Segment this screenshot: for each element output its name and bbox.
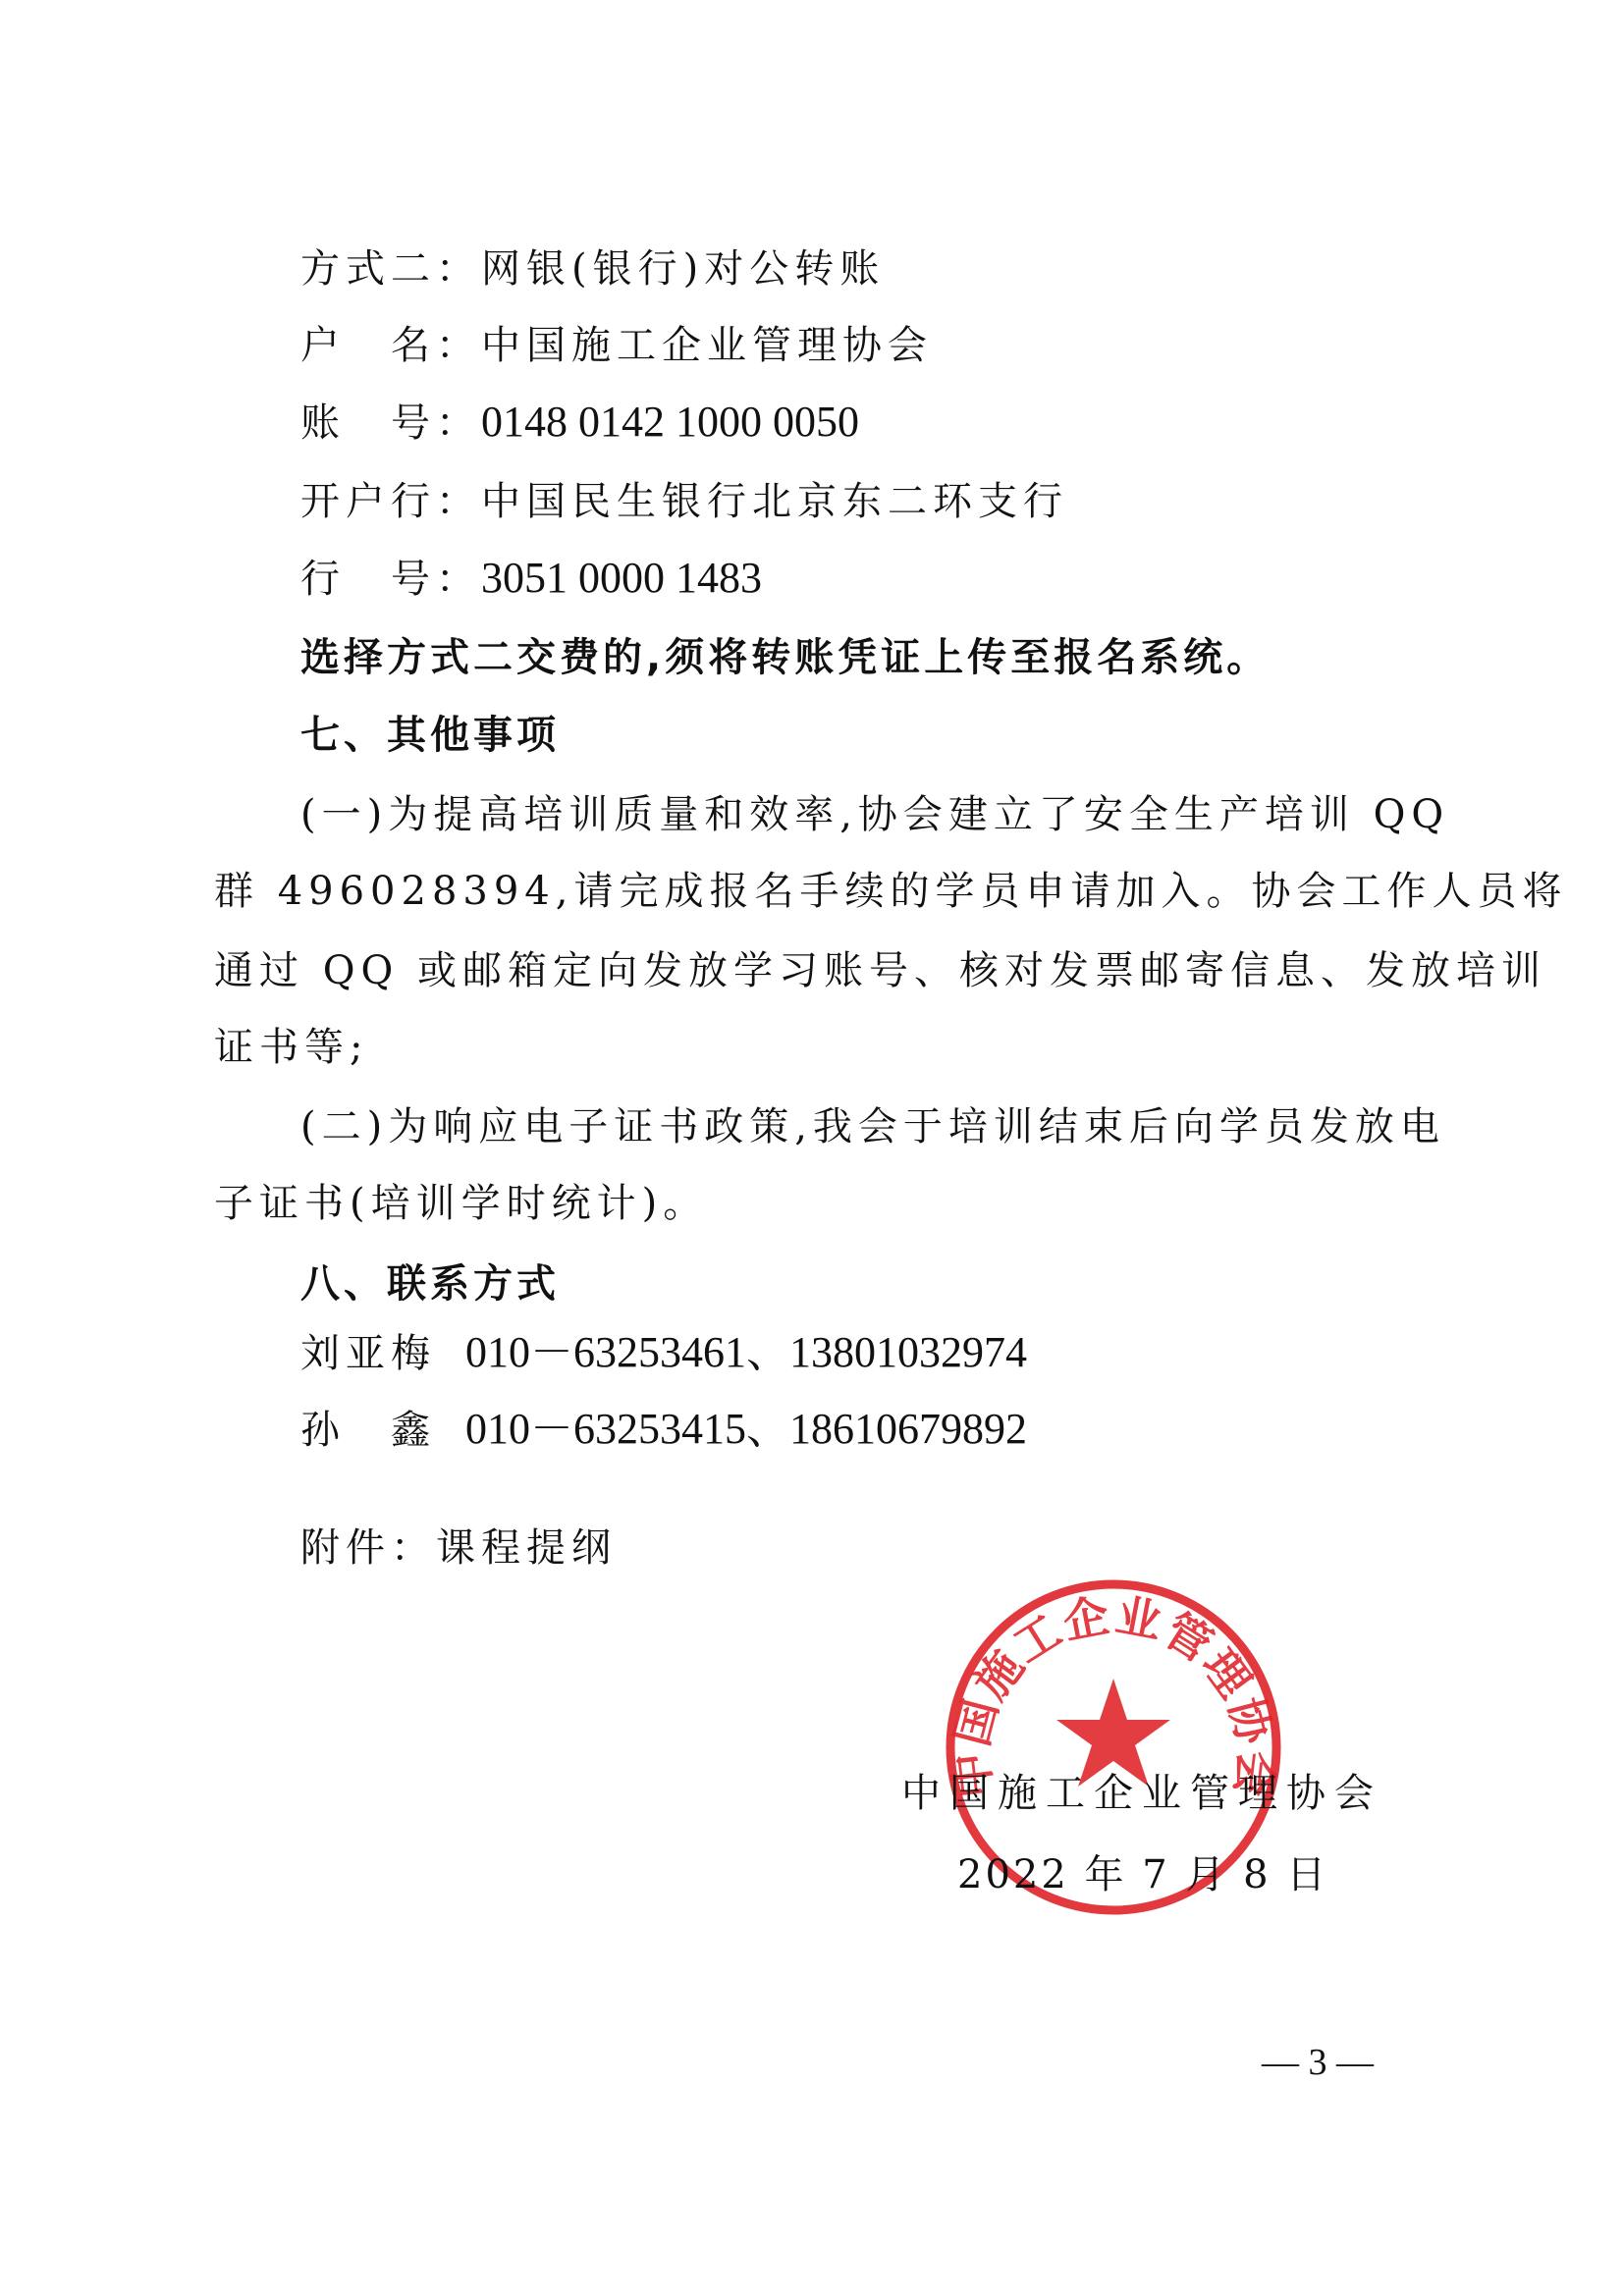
account-number-value: 0148 0142 1000 0050 bbox=[481, 398, 859, 446]
section8-heading: 八、联系方式 bbox=[300, 1258, 560, 1309]
attachment-value[interactable]: 课程提纲 bbox=[436, 1525, 617, 1571]
account-name-line: 户 名：中国施工企业管理协会 bbox=[300, 320, 933, 371]
payment-method-value: 网银(银行)对公转账 bbox=[481, 246, 885, 292]
section7-item1-line1: (一)为提高培训质量和效率,协会建立了安全生产培训 QQ bbox=[300, 789, 1418, 840]
section7-item1-line3: 通过 QQ 或邮箱定向发放学习账号、核对发票邮寄信息、发放培训 bbox=[214, 945, 1418, 996]
attachment-line: 附件：课程提纲 bbox=[300, 1522, 617, 1574]
section7-item2-line2: 子证书(培训学时统计)。 bbox=[214, 1178, 708, 1229]
bank-value: 中国民生银行北京东二环支行 bbox=[481, 479, 1068, 524]
document-page: 方式二：网银(银行)对公转账 户 名：中国施工企业管理协会 账 号：0148 0… bbox=[0, 0, 1623, 2296]
contact-name: 孙 鑫 bbox=[300, 1405, 465, 1456]
payment-method-line: 方式二：网银(银行)对公转账 bbox=[300, 243, 885, 294]
signature-date: 2022 年 7 月 8 日 bbox=[957, 1849, 1328, 1900]
bank-line: 开户行：中国民生银行北京东二环支行 bbox=[300, 476, 1068, 527]
section7-item1-line2: 群 496028394,请完成报名手续的学员申请加入。协会工作人员将 bbox=[214, 866, 1418, 917]
payment-method-label: 方式二： bbox=[300, 246, 481, 292]
contact-row: 孙 鑫010－63253415、18610679892 bbox=[300, 1404, 1027, 1456]
account-name-value: 中国施工企业管理协会 bbox=[481, 323, 933, 368]
section7-heading: 七、其他事项 bbox=[300, 710, 560, 761]
contact-phones: 010－63253415、18610679892 bbox=[465, 1405, 1027, 1453]
bank-number-label: 行 号： bbox=[300, 557, 481, 602]
bank-label: 开户行： bbox=[300, 479, 481, 524]
account-name-label: 户 名： bbox=[300, 323, 481, 368]
section7-item2-line1: (二)为响应电子证书政策,我会于培训结束后向学员发放电 bbox=[300, 1101, 1418, 1152]
bank-number-line: 行 号：3051 0000 1483 bbox=[300, 553, 762, 605]
section7-item1-line4: 证书等; bbox=[214, 1022, 368, 1073]
signature-org: 中国施工企业管理协会 bbox=[901, 1768, 1382, 1819]
account-number-line: 账 号：0148 0142 1000 0050 bbox=[300, 397, 859, 449]
account-number-label: 账 号： bbox=[300, 400, 481, 446]
page-number: — 3 — bbox=[1262, 2038, 1374, 2087]
attachment-label: 附件： bbox=[300, 1525, 436, 1571]
contact-phones: 010－63253461、13801032974 bbox=[465, 1328, 1027, 1376]
contact-row: 刘亚梅010－63253461、13801032974 bbox=[300, 1327, 1027, 1379]
contact-name: 刘亚梅 bbox=[300, 1328, 465, 1379]
upload-note: 选择方式二交费的,须将转账凭证上传至报名系统。 bbox=[300, 632, 1270, 683]
bank-number-value: 3051 0000 1483 bbox=[481, 554, 762, 602]
